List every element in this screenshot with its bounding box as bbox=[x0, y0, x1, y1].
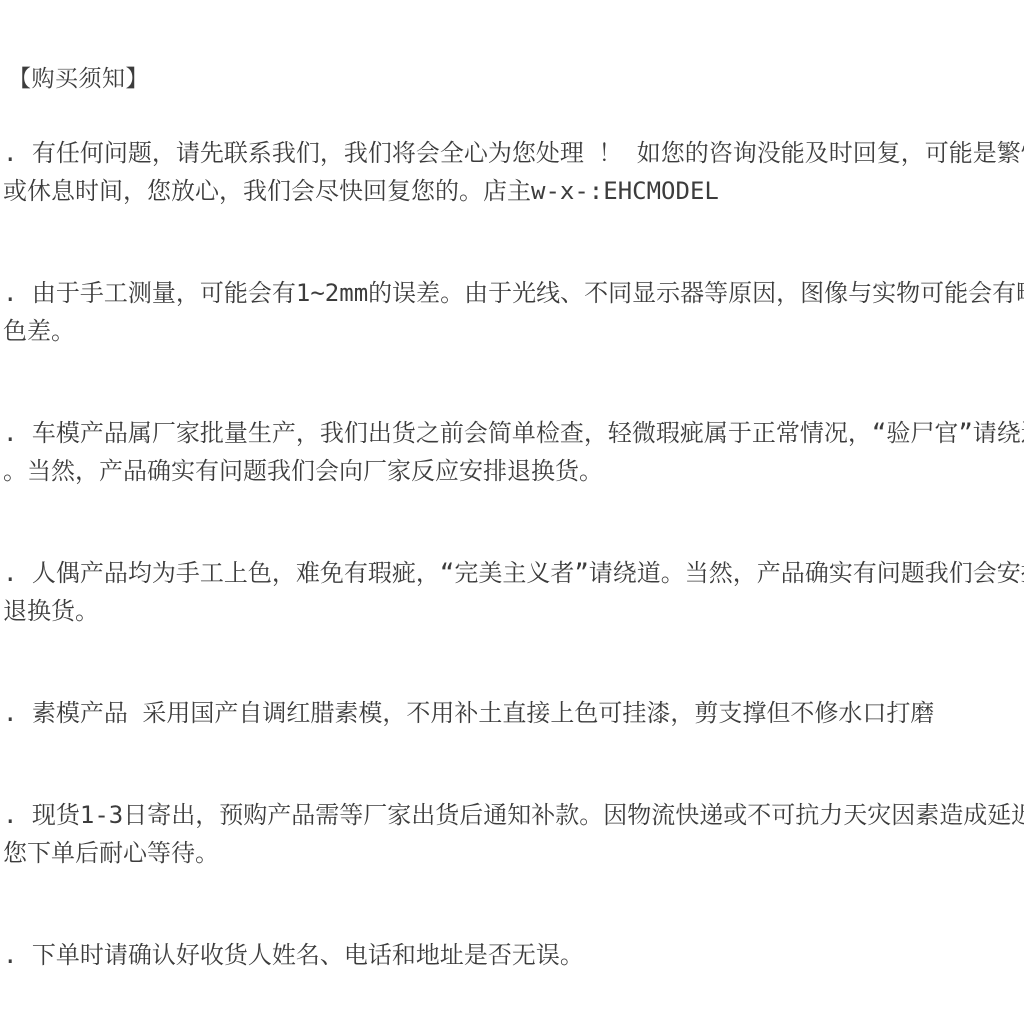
paragraph-line: . 现货1-3日寄出，预购产品需等厂家出货后通知补款。因物流快递或不可抗力天灾因… bbox=[3, 796, 1024, 834]
paragraph-line: 。当然，产品确实有问题我们会向厂家反应安排退换货。 bbox=[3, 452, 1024, 490]
paragraph-line: . 由于手工测量，可能会有1~2mm的误差。由于光线、不同显示器等原因，图像与实… bbox=[3, 274, 1024, 312]
notice-paragraph-address-check: . 下单时请确认好收货人姓名、电话和地址是否无误。 bbox=[3, 936, 1024, 974]
purchase-notice-document: 【购买须知】 . 有任何问题，请先联系我们，我们将会全心为您处理 ！ 如您的咨询… bbox=[0, 0, 1024, 974]
paragraph-line: 退换货。 bbox=[3, 592, 1024, 630]
page-title: 【购买须知】 bbox=[8, 65, 1024, 93]
paragraph-line: 色差。 bbox=[3, 312, 1024, 350]
paragraph-line: . 素模产品 采用国产自调红腊素模，不用补土直接上色可挂漆，剪支撑但不修水口打磨 bbox=[3, 694, 1024, 732]
paragraph-line: . 下单时请确认好收货人姓名、电话和地址是否无误。 bbox=[3, 936, 1024, 974]
notice-paragraph-measurement: . 由于手工测量，可能会有1~2mm的误差。由于光线、不同显示器等原因，图像与实… bbox=[3, 274, 1024, 350]
paragraph-line: 您下单后耐心等待。 bbox=[3, 834, 1024, 872]
paragraph-line: . 有任何问题，请先联系我们，我们将会全心为您处理 ！ 如您的咨询没能及时回复，… bbox=[3, 134, 1024, 172]
notice-paragraph-car-models: . 车模产品属厂家批量生产，我们出货之前会简单检查，轻微瑕疵属于正常情况，“验尸… bbox=[3, 414, 1024, 490]
paragraph-line: 或休息时间，您放心，我们会尽快回复您的。店主w-x-:EHCMODEL bbox=[3, 172, 1024, 210]
notice-paragraph-figures: . 人偶产品均为手工上色，难免有瑕疵，“完美主义者”请绕道。当然，产品确实有问题… bbox=[3, 554, 1024, 630]
notice-paragraph-contact: . 有任何问题，请先联系我们，我们将会全心为您处理 ！ 如您的咨询没能及时回复，… bbox=[3, 134, 1024, 210]
paragraph-line: . 人偶产品均为手工上色，难免有瑕疵，“完美主义者”请绕道。当然，产品确实有问题… bbox=[3, 554, 1024, 592]
paragraph-line: . 车模产品属厂家批量生产，我们出货之前会简单检查，轻微瑕疵属于正常情况，“验尸… bbox=[3, 414, 1024, 452]
notice-paragraph-shipping: . 现货1-3日寄出，预购产品需等厂家出货后通知补款。因物流快递或不可抗力天灾因… bbox=[3, 796, 1024, 872]
notice-paragraph-unpainted-kits: . 素模产品 采用国产自调红腊素模，不用补土直接上色可挂漆，剪支撑但不修水口打磨 bbox=[3, 694, 1024, 732]
